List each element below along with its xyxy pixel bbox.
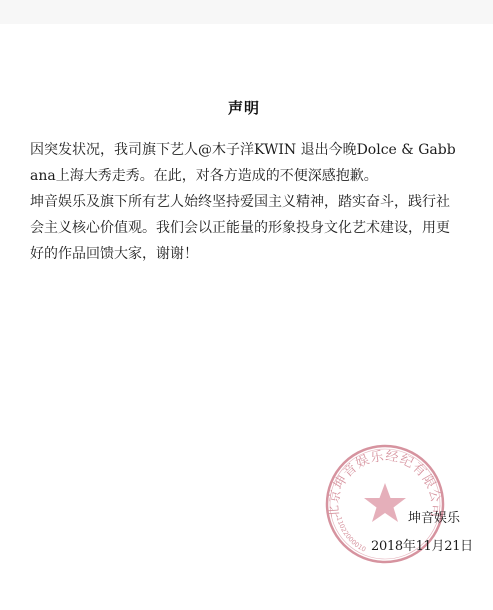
document-body: 因突发状况，我司旗下艺人@木子洋KWIN 退出今晚Dolce & Gabbana… <box>30 137 458 267</box>
top-band <box>0 0 493 24</box>
paragraph-withdrawal: 因突发状况，我司旗下艺人@木子洋KWIN 退出今晚Dolce & Gabbana… <box>30 137 458 189</box>
document-title: 声明 <box>0 97 488 118</box>
star-icon <box>364 483 406 522</box>
paragraph-values: 坤音娱乐及旗下所有艺人始终坚持爱国主义精神，踏实奋斗，践行社会主义核心价值观。我… <box>30 189 458 267</box>
signature-date: 2018年11月21日 <box>371 535 473 554</box>
signature-company: 坤音娱乐 <box>408 507 460 526</box>
